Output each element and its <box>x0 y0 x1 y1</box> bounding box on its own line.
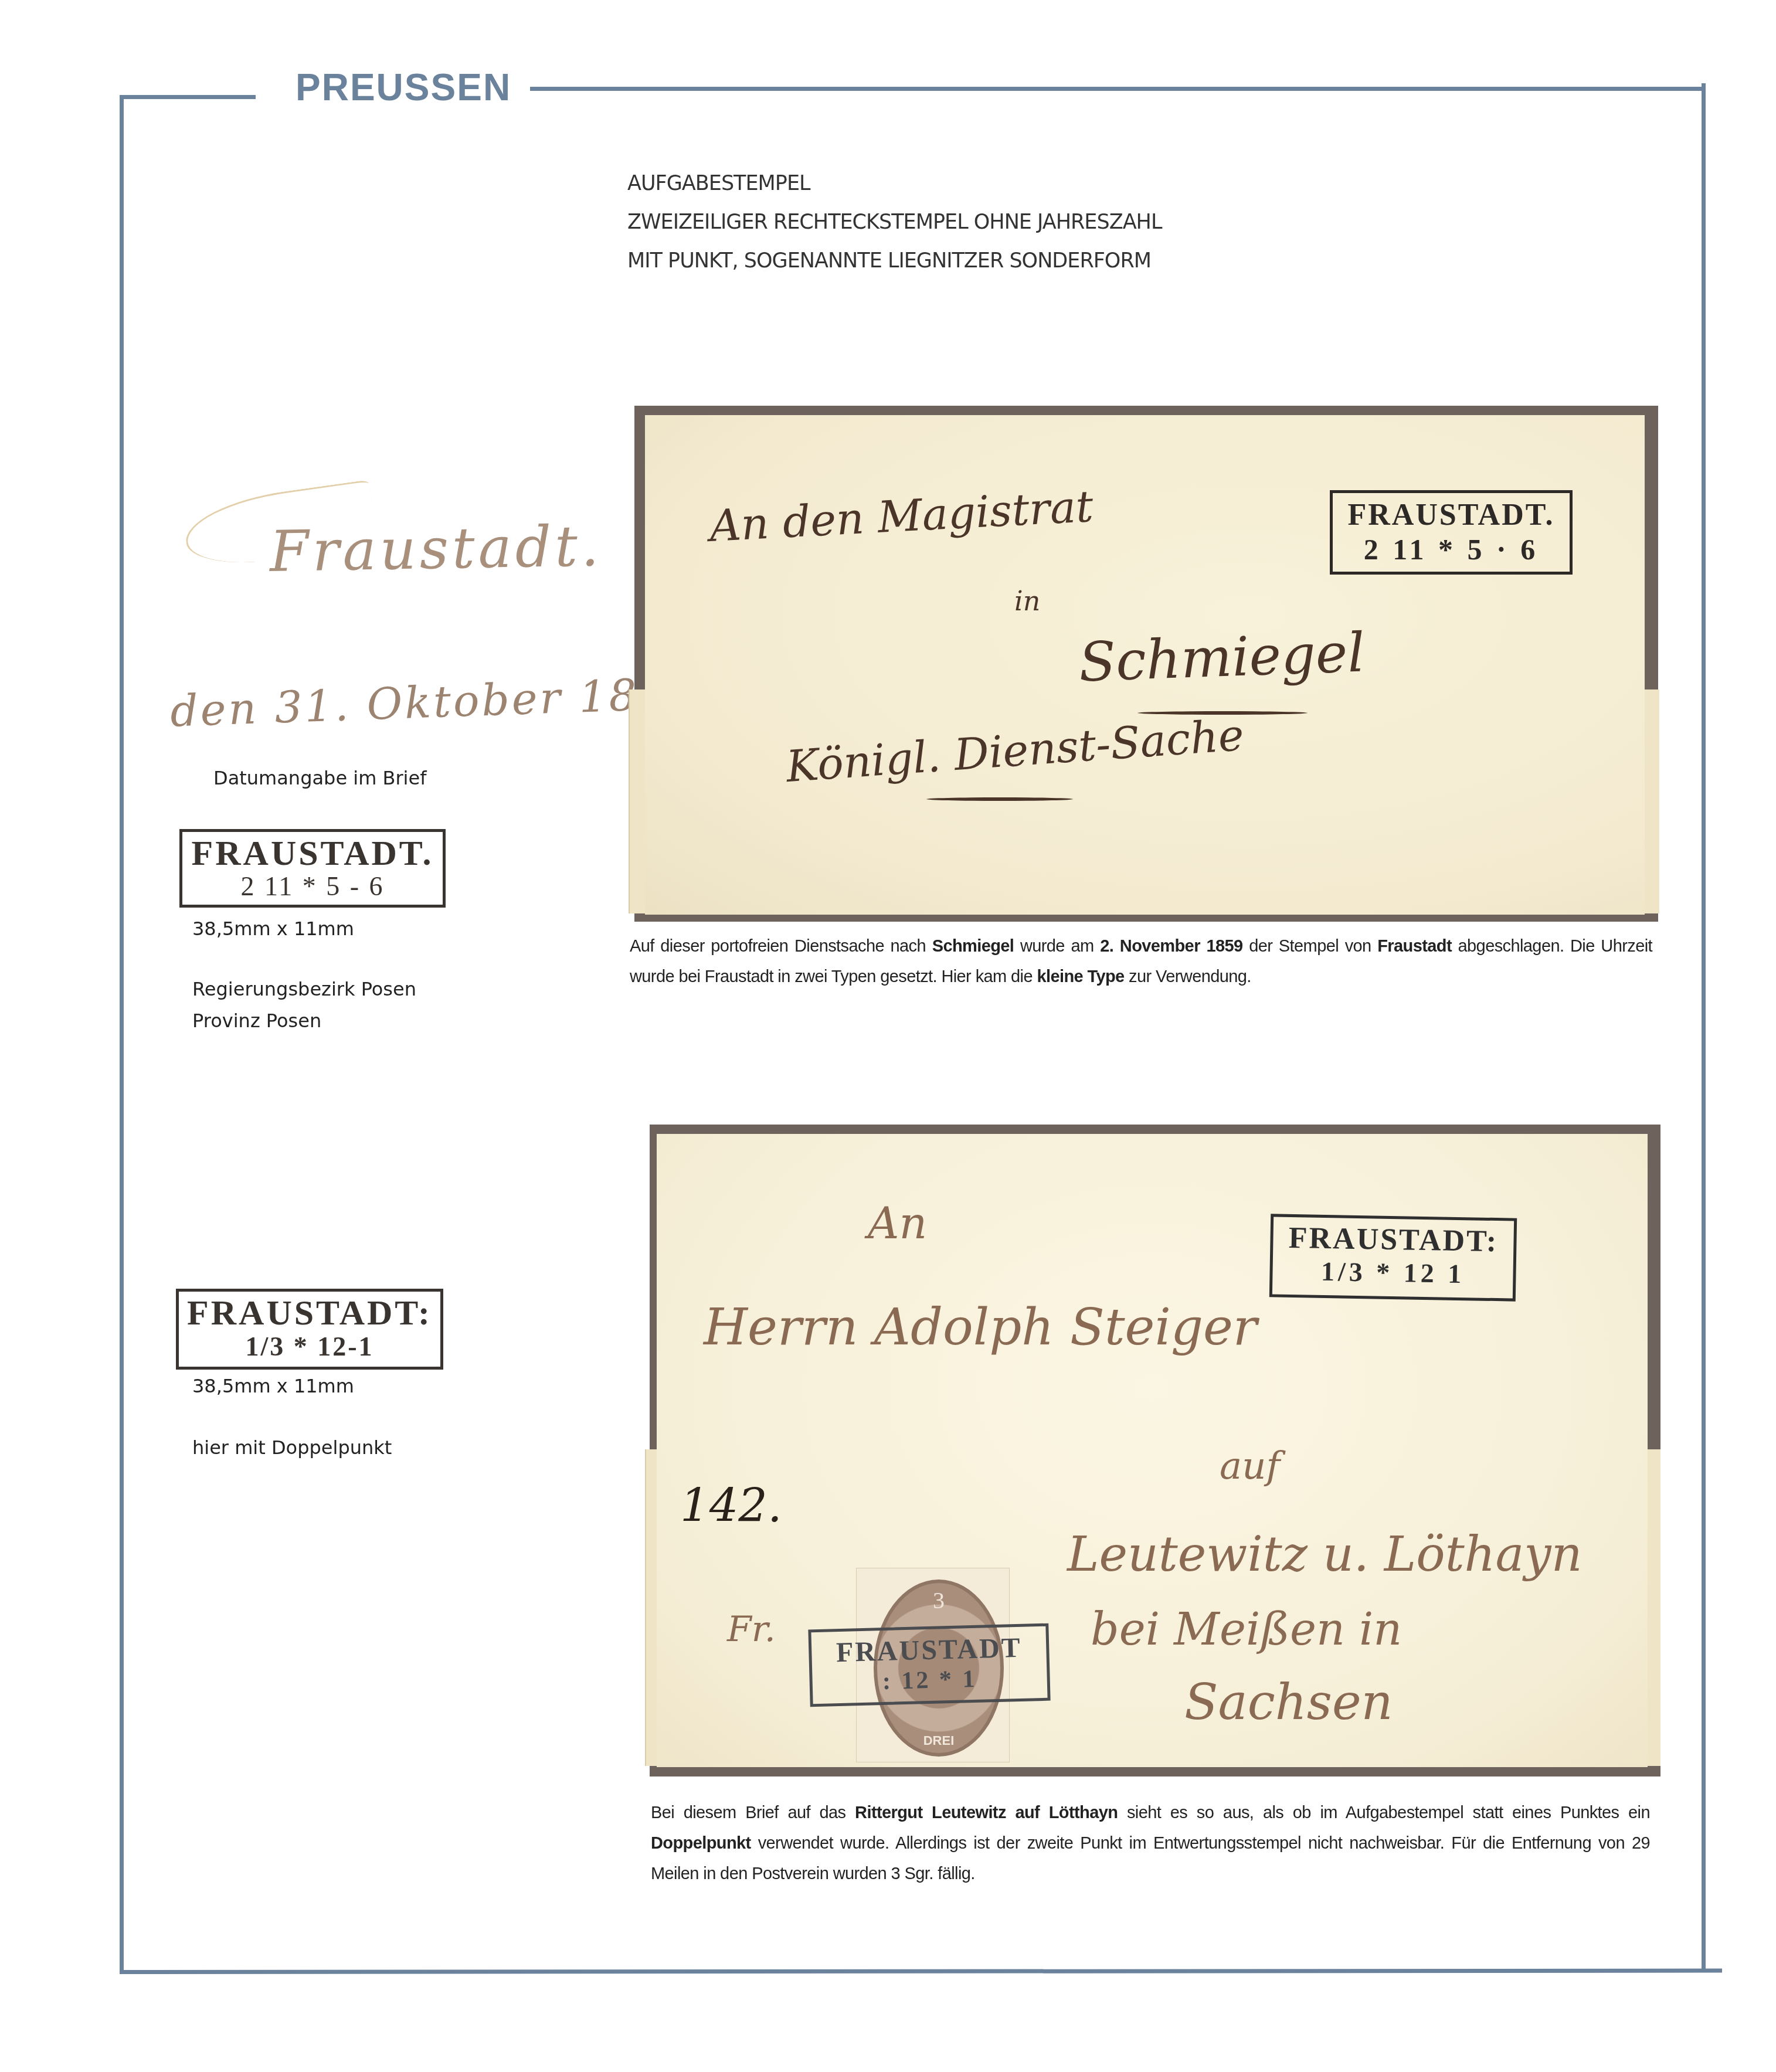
stamp-town: FRAUSTADT: <box>179 1294 440 1331</box>
frame-right-rule <box>1702 83 1706 1972</box>
heading-line-3: MIT PUNKT, SOGENANNTE LIEGNITZER SONDERF… <box>627 242 1162 280</box>
stamp-date-time: 1/3 * 12-1 <box>179 1331 440 1362</box>
postmark-town: FRAUSTADT <box>811 1631 1047 1670</box>
cover-2-number: 142. <box>680 1480 782 1533</box>
cover-2-address-line-5: bei Meißen in <box>1091 1603 1402 1655</box>
postmark-town: FRAUSTADT: <box>1273 1220 1514 1259</box>
cover-1-endorsement: Königl. Dienst-Sache <box>785 710 1245 792</box>
cover-1-endorsement-underline <box>926 797 1073 801</box>
cover-2-postmark: FRAUSTADT: 1/3 * 12 1 <box>1269 1214 1517 1301</box>
cover-1-address-line-3: Schmiegel <box>1078 621 1366 694</box>
cover-2-address-line-4: Leutewitz u. Löthayn <box>1067 1527 1582 1582</box>
cover-1-postmark: FRAUSTADT. 2 11 * 5 · 6 <box>1330 490 1573 575</box>
section-heading: AUFGABESTEMPEL ZWEIZEILIGER RECHTECKSTEM… <box>627 164 1162 280</box>
stamp-value: 3 <box>877 1587 1000 1614</box>
cover-2: An Herrn Adolph Steiger auf Leutewitz u.… <box>657 1134 1648 1767</box>
cover-2-address-line-6: Sachsen <box>1184 1673 1393 1731</box>
stamp-2-size: 38,5mm x 11mm <box>192 1375 354 1397</box>
frame-bottom-rule <box>120 1969 1722 1974</box>
stamp-illustration-type-1: FRAUSTADT. 2 11 * 5 - 6 <box>179 829 446 908</box>
cover-2-description: Bei diesem Brief auf das Rittergut Leute… <box>651 1798 1650 1889</box>
stamp-illustration-type-2: FRAUSTADT: 1/3 * 12-1 <box>176 1289 443 1370</box>
frame-top-left-rule <box>120 95 256 99</box>
stamp-town: FRAUSTADT. <box>182 834 443 872</box>
handwritten-town: Fraustadt. <box>269 513 603 585</box>
cover-1: An den Magistrat in Schmiegel Königl. Di… <box>645 415 1645 915</box>
cover-1-address-line-1: An den Magistrat <box>708 481 1094 552</box>
stamp-2-note: hier mit Doppelpunkt <box>192 1436 392 1459</box>
cover-2-franco: Fr. <box>727 1609 776 1650</box>
date-caption: Datumangabe im Brief <box>213 767 426 789</box>
cover-1-address-line-2: in <box>1014 585 1040 617</box>
heading-line-1: AUFGABESTEMPEL <box>627 164 1162 203</box>
cover-2-address-line-3: auf <box>1220 1445 1280 1488</box>
postmark-date: 1/3 * 12 1 <box>1272 1255 1513 1290</box>
heading-line-2: ZWEIZEILIGER RECHTECKSTEMPEL OHNE JAHRES… <box>627 203 1162 242</box>
stamp-1-region: Regierungsbezirk Posen <box>192 978 416 1000</box>
postmark-date: 2 11 * 5 · 6 <box>1333 533 1570 566</box>
stamp-1-size: 38,5mm x 11mm <box>192 918 354 940</box>
page-title: PREUSSEN <box>296 66 511 109</box>
cover-1-description: Auf dieser portofreien Dienstsache nach … <box>630 931 1652 992</box>
cover-2-address-line-1: An <box>868 1198 927 1249</box>
handwritten-date: den 31. Oktober 1859 <box>169 668 699 736</box>
stamp-text: DREI <box>877 1733 1000 1748</box>
cover-2-cancel-postmark: FRAUSTADT : 12 * 1 <box>808 1623 1050 1707</box>
stamp-date-time: 2 11 * 5 - 6 <box>182 872 443 901</box>
cover-2-address-line-2: Herrn Adolph Steiger <box>704 1298 1257 1357</box>
postmark-town: FRAUSTADT. <box>1333 498 1570 533</box>
frame-left-rule <box>120 95 124 1974</box>
frame-top-right-rule <box>530 87 1705 91</box>
stamp-1-province: Provinz Posen <box>192 1010 321 1032</box>
